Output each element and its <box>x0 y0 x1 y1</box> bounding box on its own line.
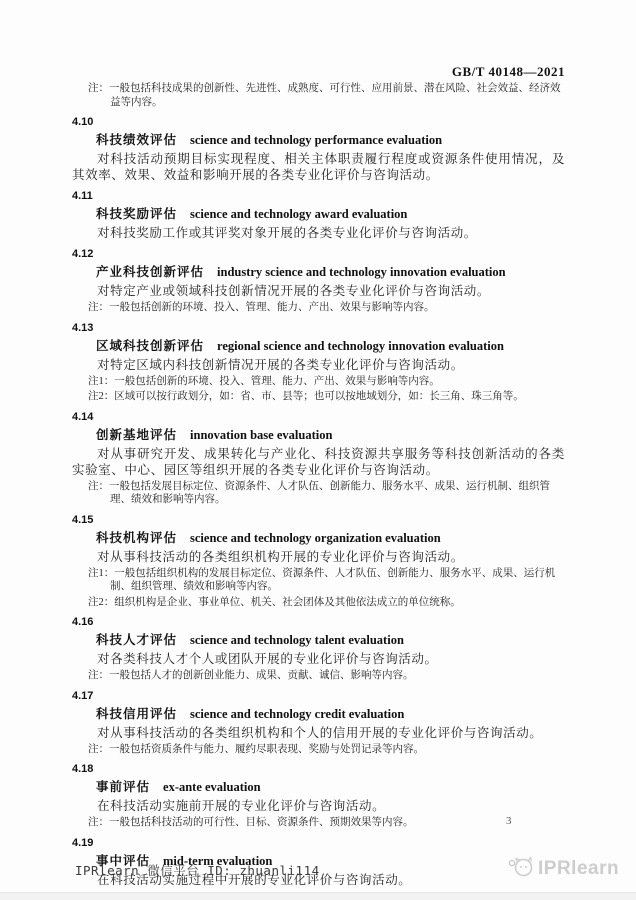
term-definition: 对各类科技人才个人或团队开展的专业化评价与咨询活动。 <box>72 651 565 667</box>
bottom-bar <box>0 892 636 900</box>
term-note: 注：一般包括发展目标定位、资源条件、人才队伍、创新能力、服务水平、成果、运行机制… <box>72 480 565 507</box>
term-zh: 产业科技创新评估 <box>96 265 204 279</box>
entry-id: 4.12 <box>72 248 565 260</box>
term-definition: 对从事研究开发、成果转化与产业化、科技资源共享服务等科技创新活动的各类实验室、中… <box>72 446 565 478</box>
term-note: 注：一般包括创新的环境、投入、管理、能力、产出、效果与影响等内容。 <box>72 301 565 315</box>
term-entry: 4.11 科技奖励评估science and technology award … <box>72 190 565 241</box>
term-zh: 事前评估 <box>96 780 150 794</box>
term-definition: 对科技奖励工作或其评奖对象开展的各类专业化评价与咨询活动。 <box>72 225 565 241</box>
term-heading: 科技绩效评估science and technology performance… <box>72 132 565 148</box>
term-zh: 科技奖励评估 <box>96 207 177 221</box>
term-en: regional science and technology innovati… <box>217 339 504 353</box>
term-zh: 创新基地评估 <box>96 428 177 442</box>
term-note: 注1：一般包括组织机构的发展目标定位、资源条件、人才队伍、创新能力、服务水平、成… <box>72 567 565 594</box>
term-en: science and technology performance evalu… <box>190 133 442 147</box>
term-definition: 对特定区域内科技创新情况开展的各类专业化评价与咨询活动。 <box>72 357 565 373</box>
term-en: science and technology talent evaluation <box>190 633 404 647</box>
term-definition: 在科技活动实施前开展的专业化评价与咨询活动。 <box>72 798 565 814</box>
term-zh: 科技机构评估 <box>96 531 177 545</box>
entry-id: 4.11 <box>72 190 565 202</box>
entry-id: 4.13 <box>72 322 565 334</box>
term-note: 注2：组织机构是企业、事业单位、机关、社会团体及其他依法成立的单位统称。 <box>72 596 565 610</box>
term-en: science and technology award evaluation <box>190 207 407 221</box>
doc-code: GB/T 40148—2021 <box>72 64 565 80</box>
term-heading: 科技奖励评估science and technology award evalu… <box>72 206 565 222</box>
term-zh: 科技绩效评估 <box>96 133 177 147</box>
term-note: 注1：一般包括创新的环境、投入、管理、能力、产出、效果与影响等内容。 <box>72 375 565 389</box>
term-definition: 对特定产业或领域科技创新情况开展的各类专业化评价与咨询活动。 <box>72 283 565 299</box>
term-heading: 创新基地评估innovation base evaluation <box>72 427 565 443</box>
cat-chat-icon <box>507 854 534 883</box>
entry-id: 4.14 <box>72 411 565 423</box>
term-en: ex-ante evaluation <box>163 780 261 794</box>
page-number: 3 <box>506 815 512 827</box>
term-en: industry science and technology innovati… <box>217 265 506 279</box>
term-entry: 4.13 区域科技创新评估regional science and techno… <box>72 322 565 404</box>
entry-id: 4.15 <box>72 514 565 526</box>
term-zh: 科技信用评估 <box>96 707 177 721</box>
term-note: 注：一般包括科技活动的可行性、目标、资源条件、预期效果等内容。 <box>72 816 565 830</box>
term-note: 注：一般包括资质条件与能力、履约尽职表现、奖励与处罚记录等内容。 <box>72 743 565 757</box>
term-heading: 科技信用评估science and technology credit eval… <box>72 706 565 722</box>
entry-id: 4.18 <box>72 763 565 775</box>
term-entry: 4.14 创新基地评估innovation base evaluation 对从… <box>72 411 565 507</box>
entry-id: 4.16 <box>72 616 565 628</box>
term-entry: 4.10 科技绩效评估science and technology perfor… <box>72 116 565 183</box>
term-en: science and technology credit evaluation <box>190 707 404 721</box>
term-definition: 对从事科技活动的各类组织机构和个人的信用开展的专业化评价与咨询活动。 <box>72 725 565 741</box>
term-heading: 区域科技创新评估regional science and technology … <box>72 338 565 354</box>
term-heading: 产业科技创新评估industry science and technology … <box>72 264 565 280</box>
page-content: GB/T 40148—2021 注：一般包括科技成果的创新性、先进性、成熟度、可… <box>72 0 565 888</box>
term-heading: 科技人才评估science and technology talent eval… <box>72 632 565 648</box>
term-heading: 事前评估ex-ante evaluation <box>72 779 565 795</box>
term-heading: 科技机构评估science and technology organizatio… <box>72 530 565 546</box>
iprlearn-logo: IPRlearn <box>507 854 619 883</box>
term-entry: 4.15 科技机构评估science and technology organi… <box>72 514 565 610</box>
term-definition: 对从事科技活动的各类组织机构开展的专业化评价与咨询活动。 <box>72 549 565 565</box>
document-page: GB/T 40148—2021 注：一般包括科技成果的创新性、先进性、成熟度、可… <box>0 0 636 900</box>
term-en: innovation base evaluation <box>190 428 332 442</box>
term-zh: 区域科技创新评估 <box>96 339 204 353</box>
term-entry: 4.16 科技人才评估science and technology talent… <box>72 616 565 683</box>
entry-id: 4.10 <box>72 116 565 128</box>
term-note: 注：一般包括人才的创新创业能力、成果、贡献、诚信、影响等内容。 <box>72 669 565 683</box>
term-entry: 4.12 产业科技创新评估industry science and techno… <box>72 248 565 315</box>
term-entry: 4.17 科技信用评估science and technology credit… <box>72 690 565 757</box>
term-zh: 科技人才评估 <box>96 633 177 647</box>
entry-id: 4.17 <box>72 690 565 702</box>
term-entry: 4.18 事前评估ex-ante evaluation 在科技活动实施前开展的专… <box>72 763 565 830</box>
term-note: 注2：区域可以按行政划分，如：省、市、县等；也可以按地域划分，如：长三角、珠三角… <box>72 390 565 404</box>
term-definition: 对科技活动预期目标实现程度、相关主体职责履行程度或资源条件使用情况，及其效率、效… <box>72 151 565 183</box>
orphan-note: 注：一般包括科技成果的创新性、先进性、成熟度、可行性、应用前景、潜在风险、社会效… <box>72 82 565 109</box>
iprlearn-logo-text: IPRlearn <box>538 858 619 880</box>
footer-watermark: IPRlearn 微信平台 ID: zhuanli114 <box>75 861 320 879</box>
entry-id: 4.19 <box>72 837 565 849</box>
term-en: science and technology organization eval… <box>190 531 441 545</box>
